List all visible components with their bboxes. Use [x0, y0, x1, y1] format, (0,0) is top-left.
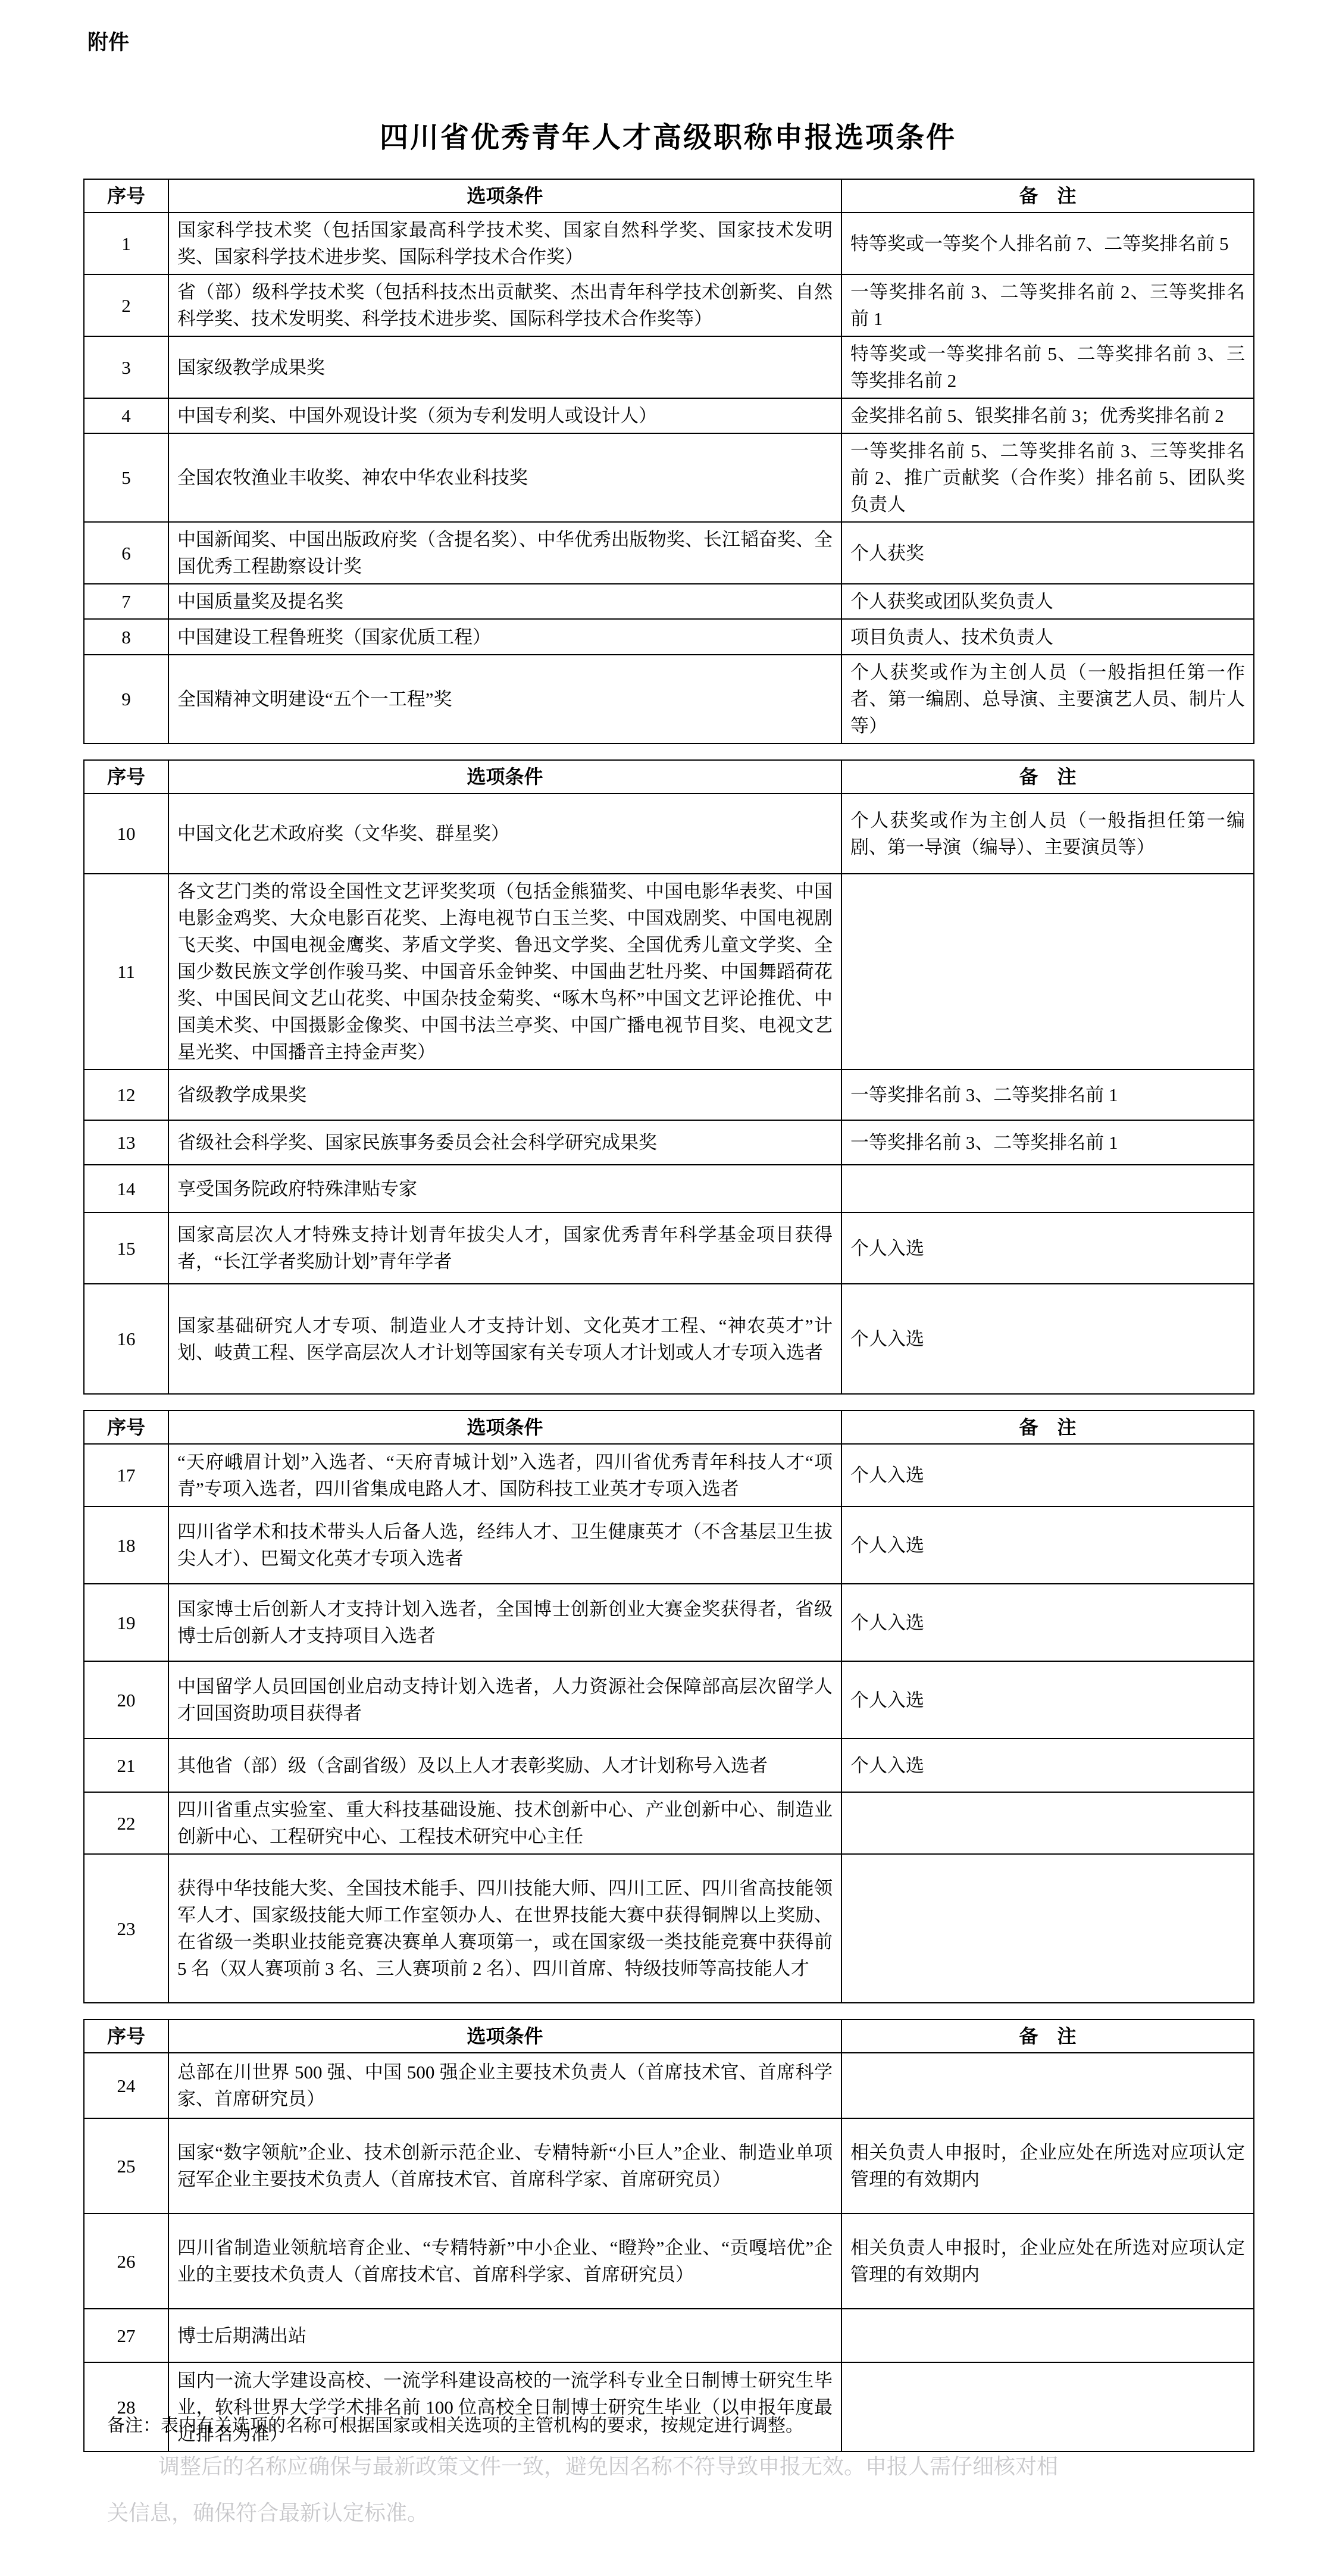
- row-no: 21: [84, 1739, 168, 1792]
- row-remark: [841, 1165, 1254, 1212]
- options-table-2: 序号 选项条件 备 注 10中国文化艺术政府奖（文华奖、群星奖）个人获奖或作为主…: [83, 759, 1254, 1395]
- col-header-no: 序号: [84, 760, 168, 793]
- table-row: 13省级社会科学奖、国家民族事务委员会社会科学研究成果奖一等奖排名前 3、二等奖…: [84, 1120, 1254, 1165]
- row-no: 1: [84, 212, 168, 274]
- row-remark: 个人入选: [841, 1584, 1254, 1661]
- row-remark: [841, 2309, 1254, 2362]
- table-row: 4中国专利奖、中国外观设计奖（须为专利发明人或设计人）金奖排名前 5、银奖排名前…: [84, 398, 1254, 433]
- col-header-condition: 选项条件: [168, 760, 841, 793]
- row-remark: [841, 1854, 1254, 2003]
- watermark-line-2: 关信息，确保符合最新认定标准。: [107, 2501, 1274, 2525]
- table-header-row: 序号 选项条件 备 注: [84, 179, 1254, 212]
- row-no: 5: [84, 433, 168, 522]
- row-remark: 个人入选: [841, 1661, 1254, 1739]
- row-condition: 国家博士后创新人才支持计划入选者，全国博士创新创业大赛金奖获得者，省级博士后创新…: [168, 1584, 841, 1661]
- row-condition: 全国精神文明建设“五个一工程”奖: [168, 655, 841, 743]
- row-no: 27: [84, 2309, 168, 2362]
- row-no: 18: [84, 1506, 168, 1584]
- row-condition: 省级教学成果奖: [168, 1070, 841, 1120]
- row-no: 3: [84, 336, 168, 398]
- row-no: 19: [84, 1584, 168, 1661]
- row-condition: 省级社会科学奖、国家民族事务委员会社会科学研究成果奖: [168, 1120, 841, 1165]
- row-condition: 总部在川世界 500 强、中国 500 强企业主要技术负责人（首席技术官、首席科…: [168, 2053, 841, 2118]
- row-no: 16: [84, 1284, 168, 1394]
- row-remark: 个人获奖或团队奖负责人: [841, 584, 1254, 619]
- tables-container: 序号 选项条件 备 注 1国家科学技术奖（包括国家最高科学技术奖、国家自然科学奖…: [83, 179, 1253, 2468]
- table-row: 27博士后期满出站: [84, 2309, 1254, 2362]
- page-title: 四川省优秀青年人才高级职称申报选项条件: [0, 114, 1336, 155]
- table-row: 8中国建设工程鲁班奖（国家优质工程）项目负责人、技术负责人: [84, 619, 1254, 655]
- row-remark: 个人获奖: [841, 522, 1254, 584]
- row-condition: “天府峨眉计划”入选者、“天府青城计划”入选者，四川省优秀青年科技人才“项青”专…: [168, 1444, 841, 1506]
- row-condition: 中国专利奖、中国外观设计奖（须为专利发明人或设计人）: [168, 398, 841, 433]
- attachment-label: 附件: [87, 26, 129, 56]
- row-condition: 全国农牧渔业丰收奖、神农中华农业科技奖: [168, 433, 841, 522]
- row-condition: 中国留学人员回国创业启动支持计划入选者，人力资源社会保障部高层次留学人才回国资助…: [168, 1661, 841, 1739]
- row-remark: 项目负责人、技术负责人: [841, 619, 1254, 655]
- watermark-line-1: 调整后的名称应确保与最新政策文件一致，避免因名称不符导致申报无效。申报人需仔细核…: [107, 2455, 1274, 2478]
- table-header-row: 序号 选项条件 备 注: [84, 760, 1254, 793]
- row-no: 12: [84, 1070, 168, 1120]
- row-remark: 相关负责人申报时，企业应处在所选对应项认定管理的有效期内: [841, 2214, 1254, 2309]
- table-row: 2省（部）级科学技术奖（包括科技杰出贡献奖、杰出青年科学技术创新奖、自然科学奖、…: [84, 274, 1254, 336]
- row-condition: 国家级教学成果奖: [168, 336, 841, 398]
- table-row: 25国家“数字领航”企业、技术创新示范企业、专精特新“小巨人”企业、制造业单项冠…: [84, 2118, 1254, 2214]
- row-condition: 中国新闻奖、中国出版政府奖（含提名奖）、中华优秀出版物奖、长江韬奋奖、全国优秀工…: [168, 522, 841, 584]
- table-header-row: 序号 选项条件 备 注: [84, 1411, 1254, 1444]
- row-no: 26: [84, 2214, 168, 2309]
- row-condition: 四川省学术和技术带头人后备人选，经纬人才、卫生健康英才（不含基层卫生拔尖人才）、…: [168, 1506, 841, 1584]
- table-row: 11各文艺门类的常设全国性文艺评奖奖项（包括金熊猫奖、中国电影华表奖、中国电影金…: [84, 874, 1254, 1070]
- row-condition: 国家基础研究人才专项、制造业人才支持计划、文化英才工程、“神农英才”计划、岐黄工…: [168, 1284, 841, 1394]
- col-header-no: 序号: [84, 2019, 168, 2053]
- col-header-remark: 备 注: [841, 2019, 1254, 2053]
- row-remark: 个人入选: [841, 1506, 1254, 1584]
- col-header-no: 序号: [84, 1411, 168, 1444]
- row-remark: [841, 874, 1254, 1070]
- row-condition: 国家科学技术奖（包括国家最高科学技术奖、国家自然科学奖、国家技术发明奖、国家科学…: [168, 212, 841, 274]
- row-condition: 省（部）级科学技术奖（包括科技杰出贡献奖、杰出青年科学技术创新奖、自然科学奖、技…: [168, 274, 841, 336]
- row-remark: 金奖排名前 5、银奖排名前 3；优秀奖排名前 2: [841, 398, 1254, 433]
- table-row: 21其他省（部）级（含副省级）及以上人才表彰奖励、人才计划称号入选者个人入选: [84, 1739, 1254, 1792]
- footer-note: 备注：表内有关选项的名称可根据国家或相关选项的主管机构的要求，按规定进行调整。: [107, 2414, 1274, 2438]
- row-remark: 一等奖排名前 3、二等奖排名前 1: [841, 1070, 1254, 1120]
- row-no: 24: [84, 2053, 168, 2118]
- table-row: 1国家科学技术奖（包括国家最高科学技术奖、国家自然科学奖、国家技术发明奖、国家科…: [84, 212, 1254, 274]
- row-condition: 国家高层次人才特殊支持计划青年拔尖人才，国家优秀青年科学基金项目获得者，“长江学…: [168, 1212, 841, 1284]
- col-header-remark: 备 注: [841, 1411, 1254, 1444]
- table-row: 16国家基础研究人才专项、制造业人才支持计划、文化英才工程、“神农英才”计划、岐…: [84, 1284, 1254, 1394]
- row-no: 22: [84, 1792, 168, 1854]
- options-table-3: 序号 选项条件 备 注 17“天府峨眉计划”入选者、“天府青城计划”入选者，四川…: [83, 1410, 1254, 2003]
- row-no: 9: [84, 655, 168, 743]
- row-condition: 享受国务院政府特殊津贴专家: [168, 1165, 841, 1212]
- row-condition: 国家“数字领航”企业、技术创新示范企业、专精特新“小巨人”企业、制造业单项冠军企…: [168, 2118, 841, 2214]
- row-condition: 获得中华技能大奖、全国技术能手、四川技能大师、四川工匠、四川省高技能领军人才、国…: [168, 1854, 841, 2003]
- col-header-remark: 备 注: [841, 179, 1254, 212]
- table-row: 10中国文化艺术政府奖（文华奖、群星奖）个人获奖或作为主创人员（一般指担任第一编…: [84, 793, 1254, 874]
- row-no: 13: [84, 1120, 168, 1165]
- row-remark: [841, 2053, 1254, 2118]
- row-remark: 一等奖排名前 5、二等奖排名前 3、三等奖排名前 2、推广贡献奖（合作奖）排名前…: [841, 433, 1254, 522]
- table-row: 17“天府峨眉计划”入选者、“天府青城计划”入选者，四川省优秀青年科技人才“项青…: [84, 1444, 1254, 1506]
- table-row: 24总部在川世界 500 强、中国 500 强企业主要技术负责人（首席技术官、首…: [84, 2053, 1254, 2118]
- row-no: 7: [84, 584, 168, 619]
- row-condition: 四川省制造业领航培育企业、“专精特新”中小企业、“瞪羚”企业、“贡嘎培优”企业的…: [168, 2214, 841, 2309]
- table-row: 15国家高层次人才特殊支持计划青年拔尖人才，国家优秀青年科学基金项目获得者，“长…: [84, 1212, 1254, 1284]
- table-row: 26四川省制造业领航培育企业、“专精特新”中小企业、“瞪羚”企业、“贡嘎培优”企…: [84, 2214, 1254, 2309]
- table-row: 7中国质量奖及提名奖个人获奖或团队奖负责人: [84, 584, 1254, 619]
- row-condition: 其他省（部）级（含副省级）及以上人才表彰奖励、人才计划称号入选者: [168, 1739, 841, 1792]
- row-remark: 一等奖排名前 3、二等奖排名前 2、三等奖排名前 1: [841, 274, 1254, 336]
- row-no: 17: [84, 1444, 168, 1506]
- table-header-row: 序号 选项条件 备 注: [84, 2019, 1254, 2053]
- row-remark: 个人入选: [841, 1444, 1254, 1506]
- row-no: 20: [84, 1661, 168, 1739]
- table-row: 23获得中华技能大奖、全国技术能手、四川技能大师、四川工匠、四川省高技能领军人才…: [84, 1854, 1254, 2003]
- table-row: 18四川省学术和技术带头人后备人选，经纬人才、卫生健康英才（不含基层卫生拔尖人才…: [84, 1506, 1254, 1584]
- row-no: 14: [84, 1165, 168, 1212]
- row-no: 23: [84, 1854, 168, 2003]
- table-row: 14享受国务院政府特殊津贴专家: [84, 1165, 1254, 1212]
- row-remark: 个人入选: [841, 1212, 1254, 1284]
- row-no: 6: [84, 522, 168, 584]
- row-no: 2: [84, 274, 168, 336]
- table-row: 9全国精神文明建设“五个一工程”奖个人获奖或作为主创人员（一般指担任第一作者、第…: [84, 655, 1254, 743]
- col-header-remark: 备 注: [841, 760, 1254, 793]
- row-no: 8: [84, 619, 168, 655]
- row-no: 10: [84, 793, 168, 874]
- row-remark: 个人入选: [841, 1284, 1254, 1394]
- col-header-no: 序号: [84, 179, 168, 212]
- row-no: 4: [84, 398, 168, 433]
- row-condition: 博士后期满出站: [168, 2309, 841, 2362]
- table-row: 5全国农牧渔业丰收奖、神农中华农业科技奖一等奖排名前 5、二等奖排名前 3、三等…: [84, 433, 1254, 522]
- options-table-1: 序号 选项条件 备 注 1国家科学技术奖（包括国家最高科学技术奖、国家自然科学奖…: [83, 179, 1254, 744]
- row-no: 25: [84, 2118, 168, 2214]
- row-remark: 特等奖或一等奖个人排名前 7、二等奖排名前 5: [841, 212, 1254, 274]
- table-row: 12省级教学成果奖一等奖排名前 3、二等奖排名前 1: [84, 1070, 1254, 1120]
- row-remark: 一等奖排名前 3、二等奖排名前 1: [841, 1120, 1254, 1165]
- row-condition: 中国质量奖及提名奖: [168, 584, 841, 619]
- row-remark: 个人获奖或作为主创人员（一般指担任第一作者、第一编剧、总导演、主要演艺人员、制片…: [841, 655, 1254, 743]
- row-condition: 四川省重点实验室、重大科技基础设施、技术创新中心、产业创新中心、制造业创新中心、…: [168, 1792, 841, 1854]
- row-remark: 相关负责人申报时，企业应处在所选对应项认定管理的有效期内: [841, 2118, 1254, 2214]
- options-table-4: 序号 选项条件 备 注 24总部在川世界 500 强、中国 500 强企业主要技…: [83, 2019, 1254, 2452]
- row-condition: 中国文化艺术政府奖（文华奖、群星奖）: [168, 793, 841, 874]
- table-row: 6中国新闻奖、中国出版政府奖（含提名奖）、中华优秀出版物奖、长江韬奋奖、全国优秀…: [84, 522, 1254, 584]
- row-no: 11: [84, 874, 168, 1070]
- row-condition: 中国建设工程鲁班奖（国家优质工程）: [168, 619, 841, 655]
- row-remark: 个人入选: [841, 1739, 1254, 1792]
- col-header-condition: 选项条件: [168, 2019, 841, 2053]
- row-remark: 特等奖或一等奖排名前 5、二等奖排名前 3、三等奖排名前 2: [841, 336, 1254, 398]
- table-row: 3国家级教学成果奖特等奖或一等奖排名前 5、二等奖排名前 3、三等奖排名前 2: [84, 336, 1254, 398]
- col-header-condition: 选项条件: [168, 179, 841, 212]
- row-remark: 个人获奖或作为主创人员（一般指担任第一编剧、第一导演（编导）、主要演员等）: [841, 793, 1254, 874]
- row-condition: 各文艺门类的常设全国性文艺评奖奖项（包括金熊猫奖、中国电影华表奖、中国电影金鸡奖…: [168, 874, 841, 1070]
- row-no: 15: [84, 1212, 168, 1284]
- table-row: 19国家博士后创新人才支持计划入选者，全国博士创新创业大赛金奖获得者，省级博士后…: [84, 1584, 1254, 1661]
- table-row: 20中国留学人员回国创业启动支持计划入选者，人力资源社会保障部高层次留学人才回国…: [84, 1661, 1254, 1739]
- table-row: 22四川省重点实验室、重大科技基础设施、技术创新中心、产业创新中心、制造业创新中…: [84, 1792, 1254, 1854]
- col-header-condition: 选项条件: [168, 1411, 841, 1444]
- footer: 备注：表内有关选项的名称可根据国家或相关选项的主管机构的要求，按规定进行调整。 …: [107, 2414, 1274, 2525]
- row-remark: [841, 1792, 1254, 1854]
